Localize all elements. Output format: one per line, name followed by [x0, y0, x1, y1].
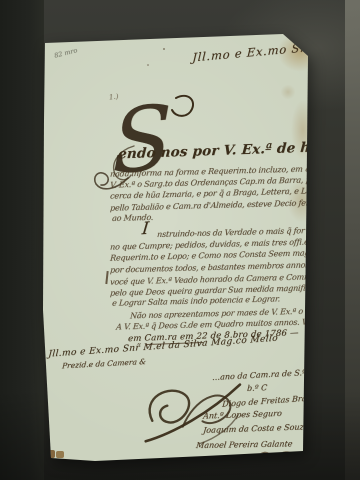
ink-speck [163, 48, 165, 50]
manuscript-photo: 82 mro Jll.mo e Ex.mo Snr̃ 1.) S endo no… [0, 0, 360, 480]
secretary-note-line: …ano da Cam.ra de S.º Azeve.º [212, 368, 328, 382]
paragraph-initial: I [141, 221, 150, 239]
body-line: e Lograr Salta mais indo potencia e Logr… [112, 296, 243, 307]
body-opening-line: endo nos por V. Ex.ª de hum i- [118, 142, 313, 162]
ink-speck [147, 64, 149, 66]
signature: Ant.º Lopes Seguro [203, 409, 296, 420]
secretary-note-line: b.º C [247, 383, 298, 393]
address-line: Prezid.e da Camera & [62, 358, 153, 370]
signature-paraph-flourish [250, 448, 300, 468]
manuscript-page: 82 mro Jll.mo e Ex.mo Snr̃ 1.) S endo no… [0, 0, 360, 480]
tape-remnant [47, 450, 55, 458]
tape-remnant [56, 451, 64, 458]
margin-tick [105, 271, 108, 284]
paper-wrap: 82 mro Jll.mo e Ex.mo Snr̃ 1.) S endo no… [0, 0, 360, 480]
salutation-line: Jll.mo e Ex.mo Snr̃ [192, 42, 317, 64]
pencil-annotation: 82 mro [54, 47, 78, 59]
signature: Joaquim da Costa e Souza [203, 423, 316, 435]
